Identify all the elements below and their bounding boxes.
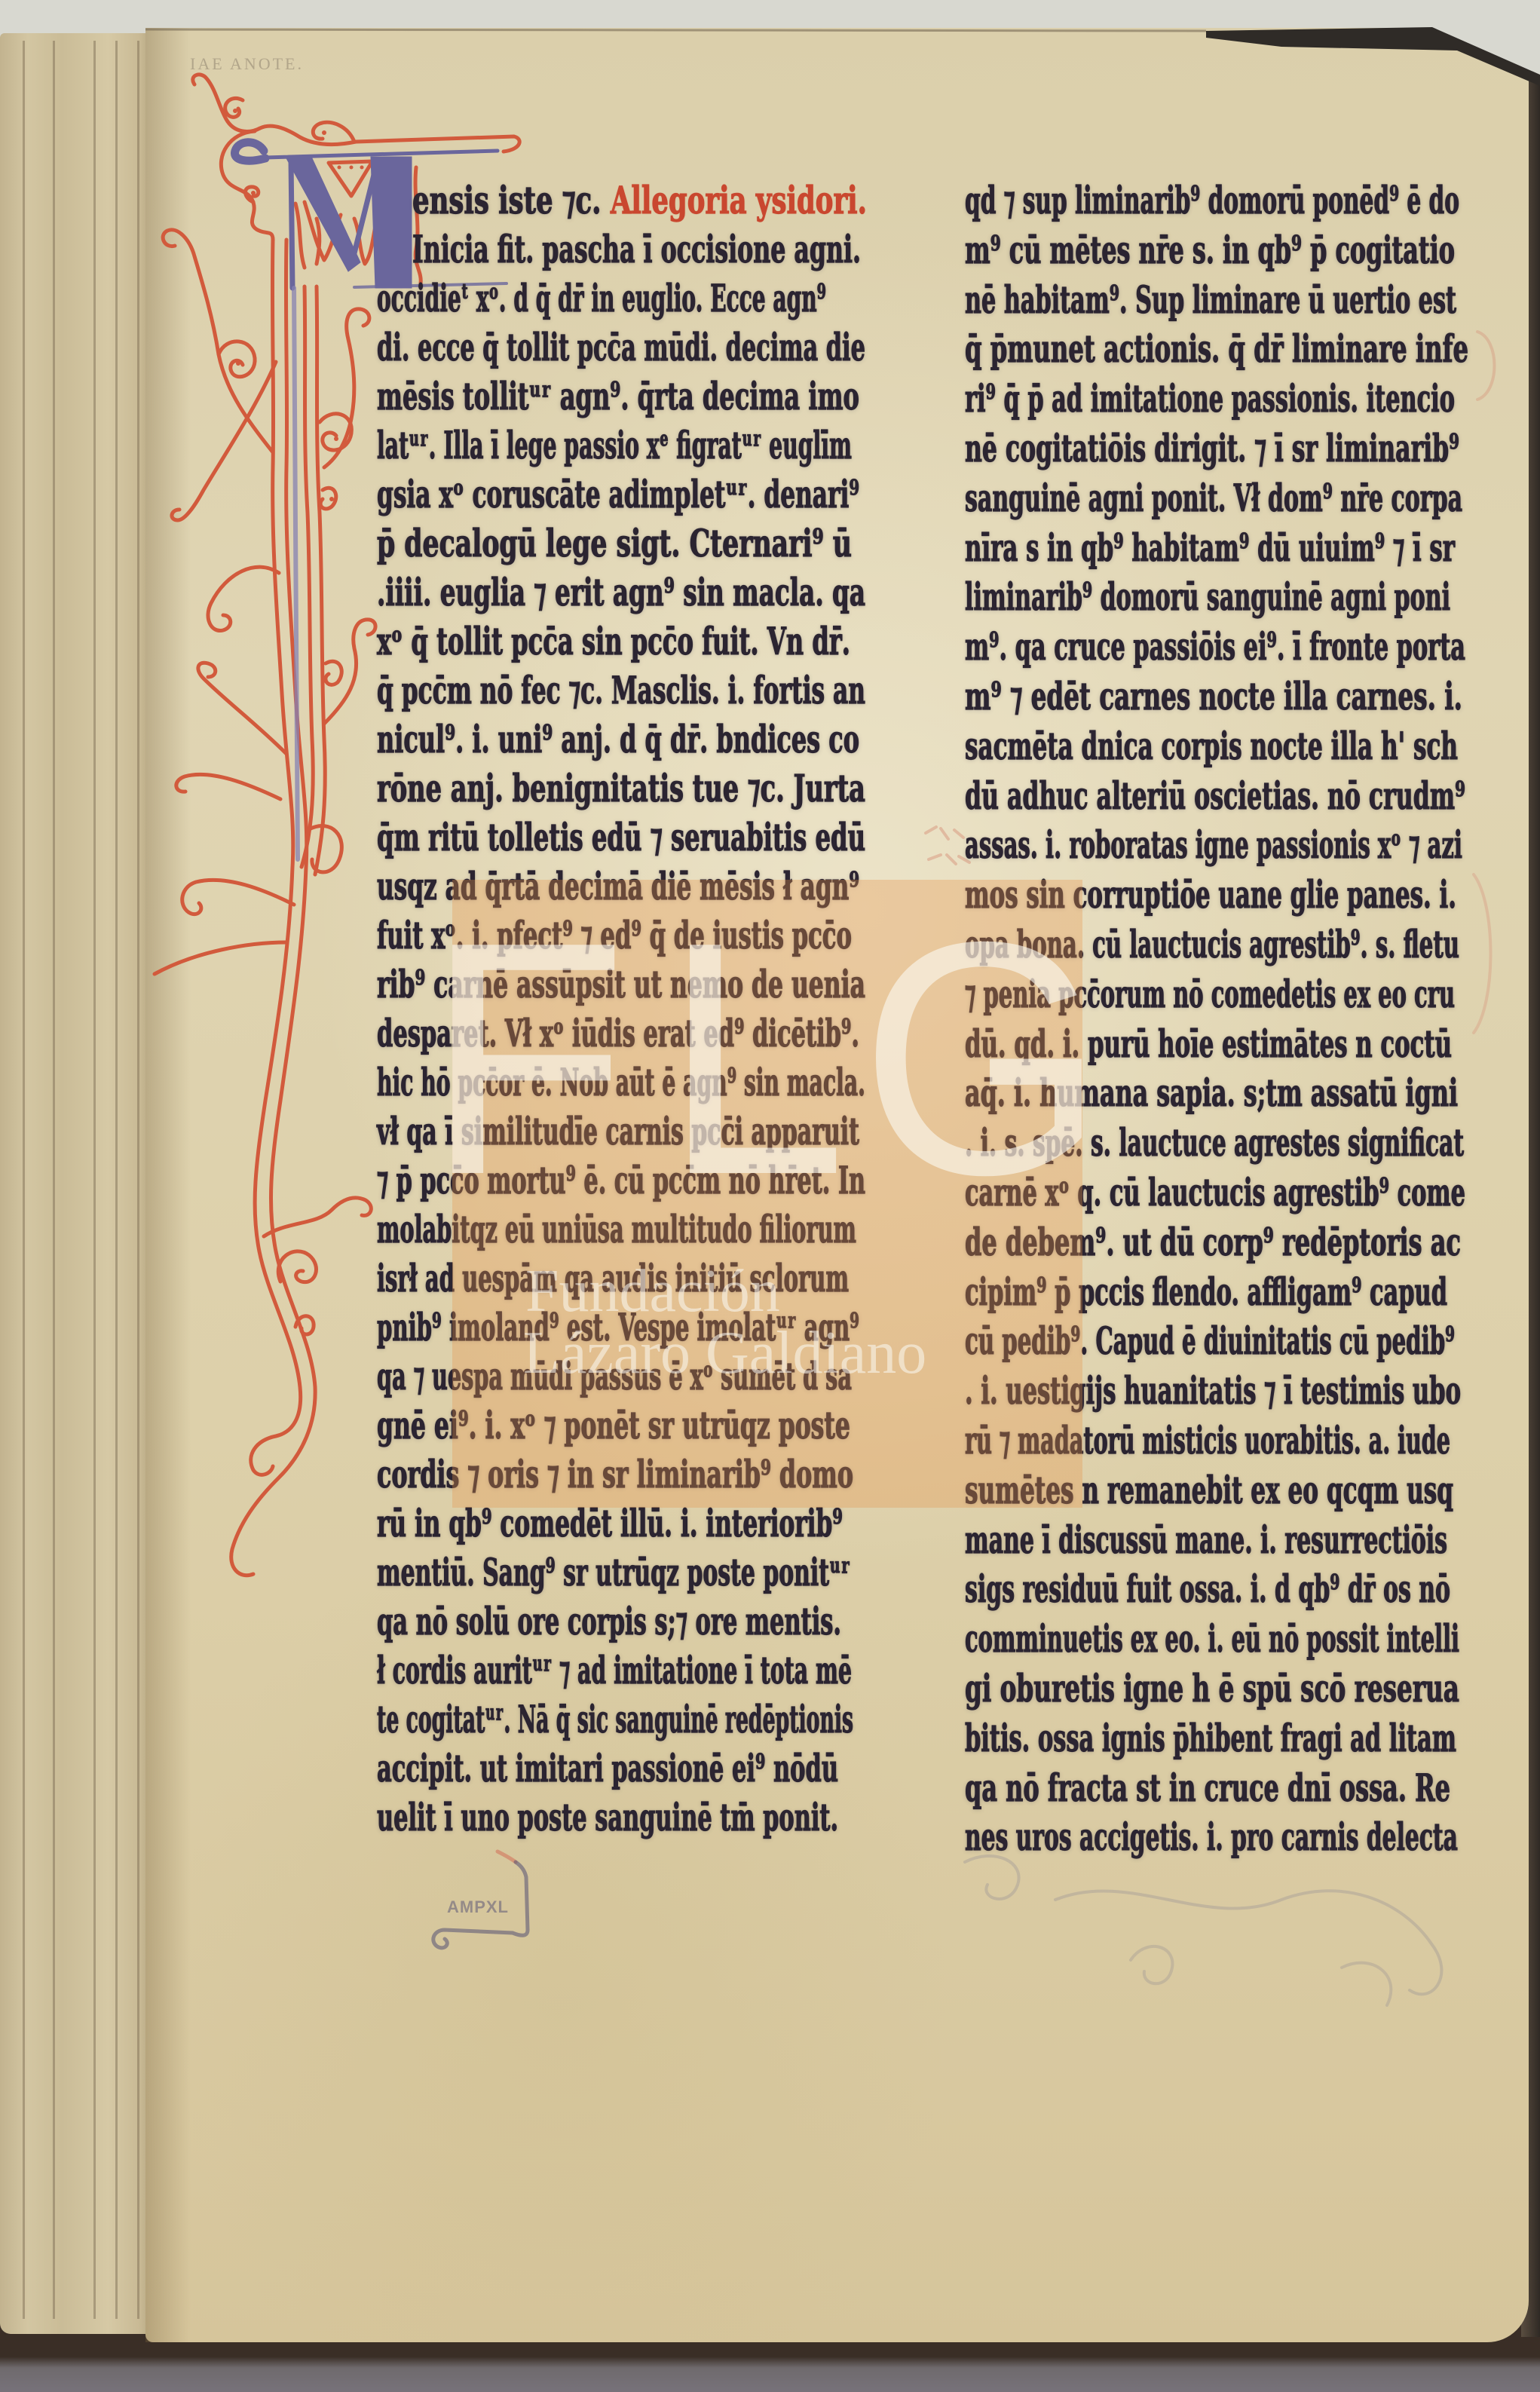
- manuscript-line: accipit. ut imitari passionē ei⁹ nōdū: [377, 1744, 874, 1793]
- manuscript-line: nē habitam⁹. Sup liminare ū uertio est: [965, 275, 1477, 325]
- manuscript-line: ł cordis auritᵘʳ ⁊ ad imitatione ī tota …: [377, 1646, 874, 1695]
- manuscript-line: assas. i. roboratas igne passionis xᵒ ⁊ …: [965, 820, 1477, 870]
- manuscript-line: uelit ī uno poste sanguinē tm̄ ponit.: [377, 1793, 874, 1842]
- manuscript-line: m⁹. qa cruce passiōis ei⁹. ī fronte port…: [965, 622, 1477, 672]
- manuscript-line: .iiii. euglia ⁊ erit agn⁹ sin macla. qa: [377, 568, 874, 617]
- initial-letter-label: M: [0, 0, 1, 1]
- top-margin-note: IAE ANOTE.: [190, 54, 304, 74]
- page-edge-line: [23, 41, 25, 2319]
- manuscript-line: xᵒ q̄ tollit pcc̄a sin pcc̄o fuit. Vn dr…: [377, 617, 874, 666]
- manuscript-line: mentiū. Sang⁹ sr utrūqz poste ponitᵘʳ: [377, 1548, 874, 1597]
- page-edge-line: [137, 41, 139, 2319]
- manuscript-line: mane ī discussū mane. i. resurrectiōis: [965, 1515, 1477, 1565]
- manuscript-line: qa nō fracta st in cruce dnī ossa. Re: [965, 1763, 1477, 1813]
- manuscript-line: bitis. ossa ignis p̄hibent fragi ad lita…: [965, 1714, 1477, 1763]
- manuscript-line: gsia xᵒ coruscāte adimpletᵘʳ. denari⁹: [377, 470, 874, 519]
- manuscript-line: latᵘʳ. Illa ī lege passio xᵉ figratᵘʳ eu…: [377, 421, 874, 470]
- manuscript-line-heading: ensis iste ⁊c. Allegoria ysidori.: [377, 176, 874, 225]
- manuscript-line: qa nō solū ore corpis s;⁊ ore mentis.: [377, 1597, 874, 1646]
- manuscript-line: q̄ p̄munet actionis. q̄ dr̄ liminare inf…: [965, 324, 1477, 374]
- manuscript-line: nīra s in qb⁹ habitam⁹ dū uiuim⁹ ⁊ ī sr: [965, 523, 1477, 573]
- manuscript-line: q̄ pcc̄m nō fec ⁊c. Masclis. i. fortis a…: [377, 666, 874, 715]
- manuscript-line: m⁹ ⁊ edēt carnes nocte illa carnes. i.: [965, 672, 1477, 721]
- watermark-text-fundacion: Fundación: [525, 1261, 780, 1322]
- manuscript-line: di. ecce q̄ tollit pcc̄a mūdi. decima di…: [377, 323, 874, 372]
- manuscript-line: occidieᵗ xᵒ. d q̄ dr̄ in euglio. Ecce ag…: [377, 274, 874, 323]
- manuscript-line: sigs residuū fuit ossa. i. d qb⁹ dr̄ os …: [965, 1564, 1477, 1614]
- gutter-shadow: [145, 28, 191, 2342]
- manuscript-line: m⁹ cū mētes nr̄e s. in qb⁹ p̄ cogitatio: [965, 225, 1477, 275]
- manuscript-line: comminuetis ex eo. i. eū nō possit intel…: [965, 1614, 1477, 1664]
- manuscript-line: Inicia fit. pascha ī occisione agni.: [377, 225, 874, 274]
- page-stack-edges: [0, 33, 155, 2334]
- rubric-title: Allegoria ysidori.: [611, 178, 867, 222]
- manuscript-line: sacmēta dnica corpis nocte illa h' sch: [965, 721, 1477, 771]
- manuscript-line: p̄ decalogū lege sigt. Cternari⁹ ū: [377, 519, 874, 568]
- manuscript-line: dū adhuc alteriū oscietias. nō crudm⁹: [965, 771, 1477, 821]
- manuscript-line: te cogitatᵘʳ. Nā q̄ sic sanguinē redēpti…: [377, 1695, 874, 1744]
- manuscript-line: nicul⁹. i. uni⁹ anj. d q̄ dr̄. bndices c…: [377, 715, 874, 764]
- watermark-letter-f: F: [425, 893, 628, 1225]
- manuscript-line: sanguinē agni ponit. Vł dom⁹ nr̄e corpa: [965, 473, 1477, 523]
- heading-text: ensis iste ⁊c.: [412, 178, 611, 222]
- watermark-text-lazaro-galdiano: Lázaro Galdiano: [523, 1323, 926, 1383]
- bottom-sketch-text: AMPXL: [447, 1897, 509, 1917]
- manuscript-line: gi oburetis igne h ē spū scō reserua: [965, 1664, 1477, 1714]
- manuscript-line: nē cogitatiōis dirigit. ⁊ ī sr liminarib…: [965, 424, 1477, 473]
- page-edge-line: [53, 41, 55, 2319]
- manuscript-line: rōne anj. benignitatis tue ⁊c. Jurta: [377, 764, 874, 813]
- manuscript-line: liminarib⁹ domorū sanguinē agni poni: [965, 572, 1477, 622]
- page-edge-line: [115, 41, 118, 2319]
- watermark-letter-g: G: [860, 893, 1105, 1225]
- manuscript-line: nes uros accigetis. i. pro carnis delect…: [965, 1812, 1477, 1862]
- manuscript-line: qd ⁊ sup liminarib⁹ domorū ponēd⁹ ē do: [965, 176, 1477, 225]
- manuscript-line: mēsis tollitᵘʳ agn⁹. q̄rta decima imo: [377, 372, 874, 421]
- manuscript-line: ri⁹ q̄ p̄ ad imitatione passionis. itenc…: [965, 374, 1477, 424]
- page-edge-line: [93, 41, 96, 2319]
- watermark-letter-l: L: [663, 893, 847, 1225]
- manuscript-line: q̄m ritū tolletis edū ⁊ seruabitis edū: [377, 813, 874, 862]
